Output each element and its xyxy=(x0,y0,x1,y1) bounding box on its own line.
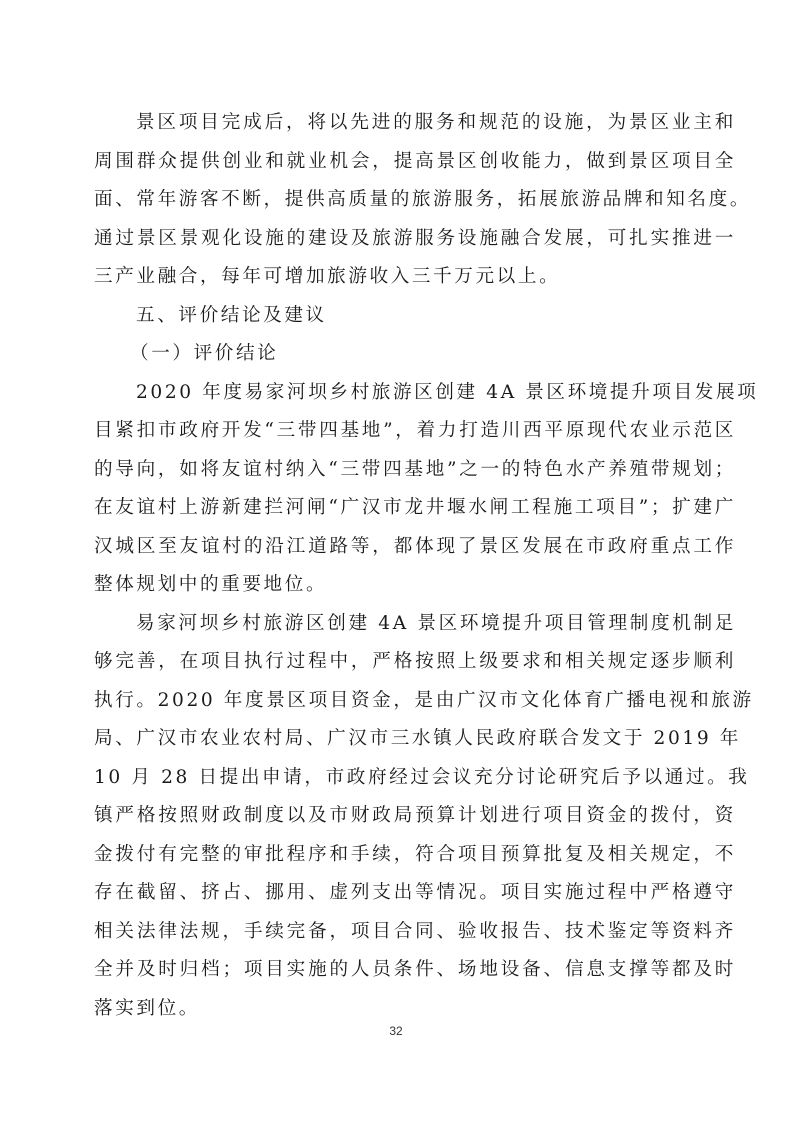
text-line: 三产业融合，每年可增加旅游收入三千万元以上。 xyxy=(94,258,736,297)
document-page: 景区项目完成后，将以先进的服务和规范的设施，为景区业主和 周围群众提供创业和就业… xyxy=(0,0,792,1122)
text-line: 存在截留、挤占、挪用、虚列支出等情况。项目实施过程中严格遵守 xyxy=(94,874,736,913)
text-line: 够完善，在项目执行过程中，严格按照上级要求和相关规定逐步顺利 xyxy=(94,643,736,682)
text-line: 景区项目完成后，将以先进的服务和规范的设施，为景区业主和 xyxy=(94,104,736,143)
paragraph-management-system: 易家河坝乡村旅游区创建 4A 景区环境提升项目管理制度机制足 够完善，在项目执行… xyxy=(94,605,736,1029)
subsection-heading: （一）评价结论 xyxy=(94,335,736,374)
text-line: 金拨付有完整的审批程序和手续，符合项目预算批复及相关规定，不 xyxy=(94,836,736,875)
page-number: 32 xyxy=(0,1024,792,1038)
text-line: 镇严格按照财政制度以及市财政局预算计划进行项目资金的拨付，资 xyxy=(94,797,736,836)
text-line: 2020 年度易家河坝乡村旅游区创建 4A 景区环境提升项目发展项 xyxy=(94,374,736,413)
text-line: 执行。2020 年度景区项目资金，是由广汉市文化体育广播电视和旅游 xyxy=(94,682,736,721)
paragraph-project-outcome: 景区项目完成后，将以先进的服务和规范的设施，为景区业主和 周围群众提供创业和就业… xyxy=(94,104,736,297)
text-line: 全并及时归档；项目实施的人员条件、场地设备、信息支撑等都及时 xyxy=(94,951,736,990)
text-line: 周围群众提供创业和就业机会，提高景区创收能力，做到景区项目全 xyxy=(94,143,736,182)
text-line: 10 月 28 日提出申请，市政府经过会议充分讨论研究后予以通过。我 xyxy=(94,759,736,798)
text-line: 在友谊村上游新建拦河闸“广汉市龙井堰水闸工程施工项目”；扩建广 xyxy=(94,489,736,528)
text-line: 通过景区景观化设施的建设及旅游服务设施融合发展，可扎实推进一 xyxy=(94,220,736,259)
text-line: 相关法律法规，手续完备，项目合同、验收报告、技术鉴定等资料齐 xyxy=(94,913,736,952)
text-line: 目紧扣市政府开发“三带四基地”，着力打造川西平原现代农业示范区 xyxy=(94,412,736,451)
text-line: 的导向，如将友谊村纳入“三带四基地”之一的特色水产养殖带规划； xyxy=(94,451,736,490)
text-line: 落实到位。 xyxy=(94,990,736,1029)
text-line: 局、广汉市农业农村局、广汉市三水镇人民政府联合发文于 2019 年 xyxy=(94,720,736,759)
paragraph-evaluation-development: 2020 年度易家河坝乡村旅游区创建 4A 景区环境提升项目发展项 目紧扣市政府… xyxy=(94,374,736,605)
section-heading: 五、评价结论及建议 xyxy=(94,297,736,336)
page-content: 景区项目完成后，将以先进的服务和规范的设施，为景区业主和 周围群众提供创业和就业… xyxy=(94,104,736,1028)
text-line: 易家河坝乡村旅游区创建 4A 景区环境提升项目管理制度机制足 xyxy=(94,605,736,644)
text-line: 整体规划中的重要地位。 xyxy=(94,566,736,605)
text-line: 面、常年游客不断，提供高质量的旅游服务，拓展旅游品牌和知名度。 xyxy=(94,181,736,220)
text-line: 汉城区至友谊村的沿江道路等，都体现了景区发展在市政府重点工作 xyxy=(94,528,736,567)
